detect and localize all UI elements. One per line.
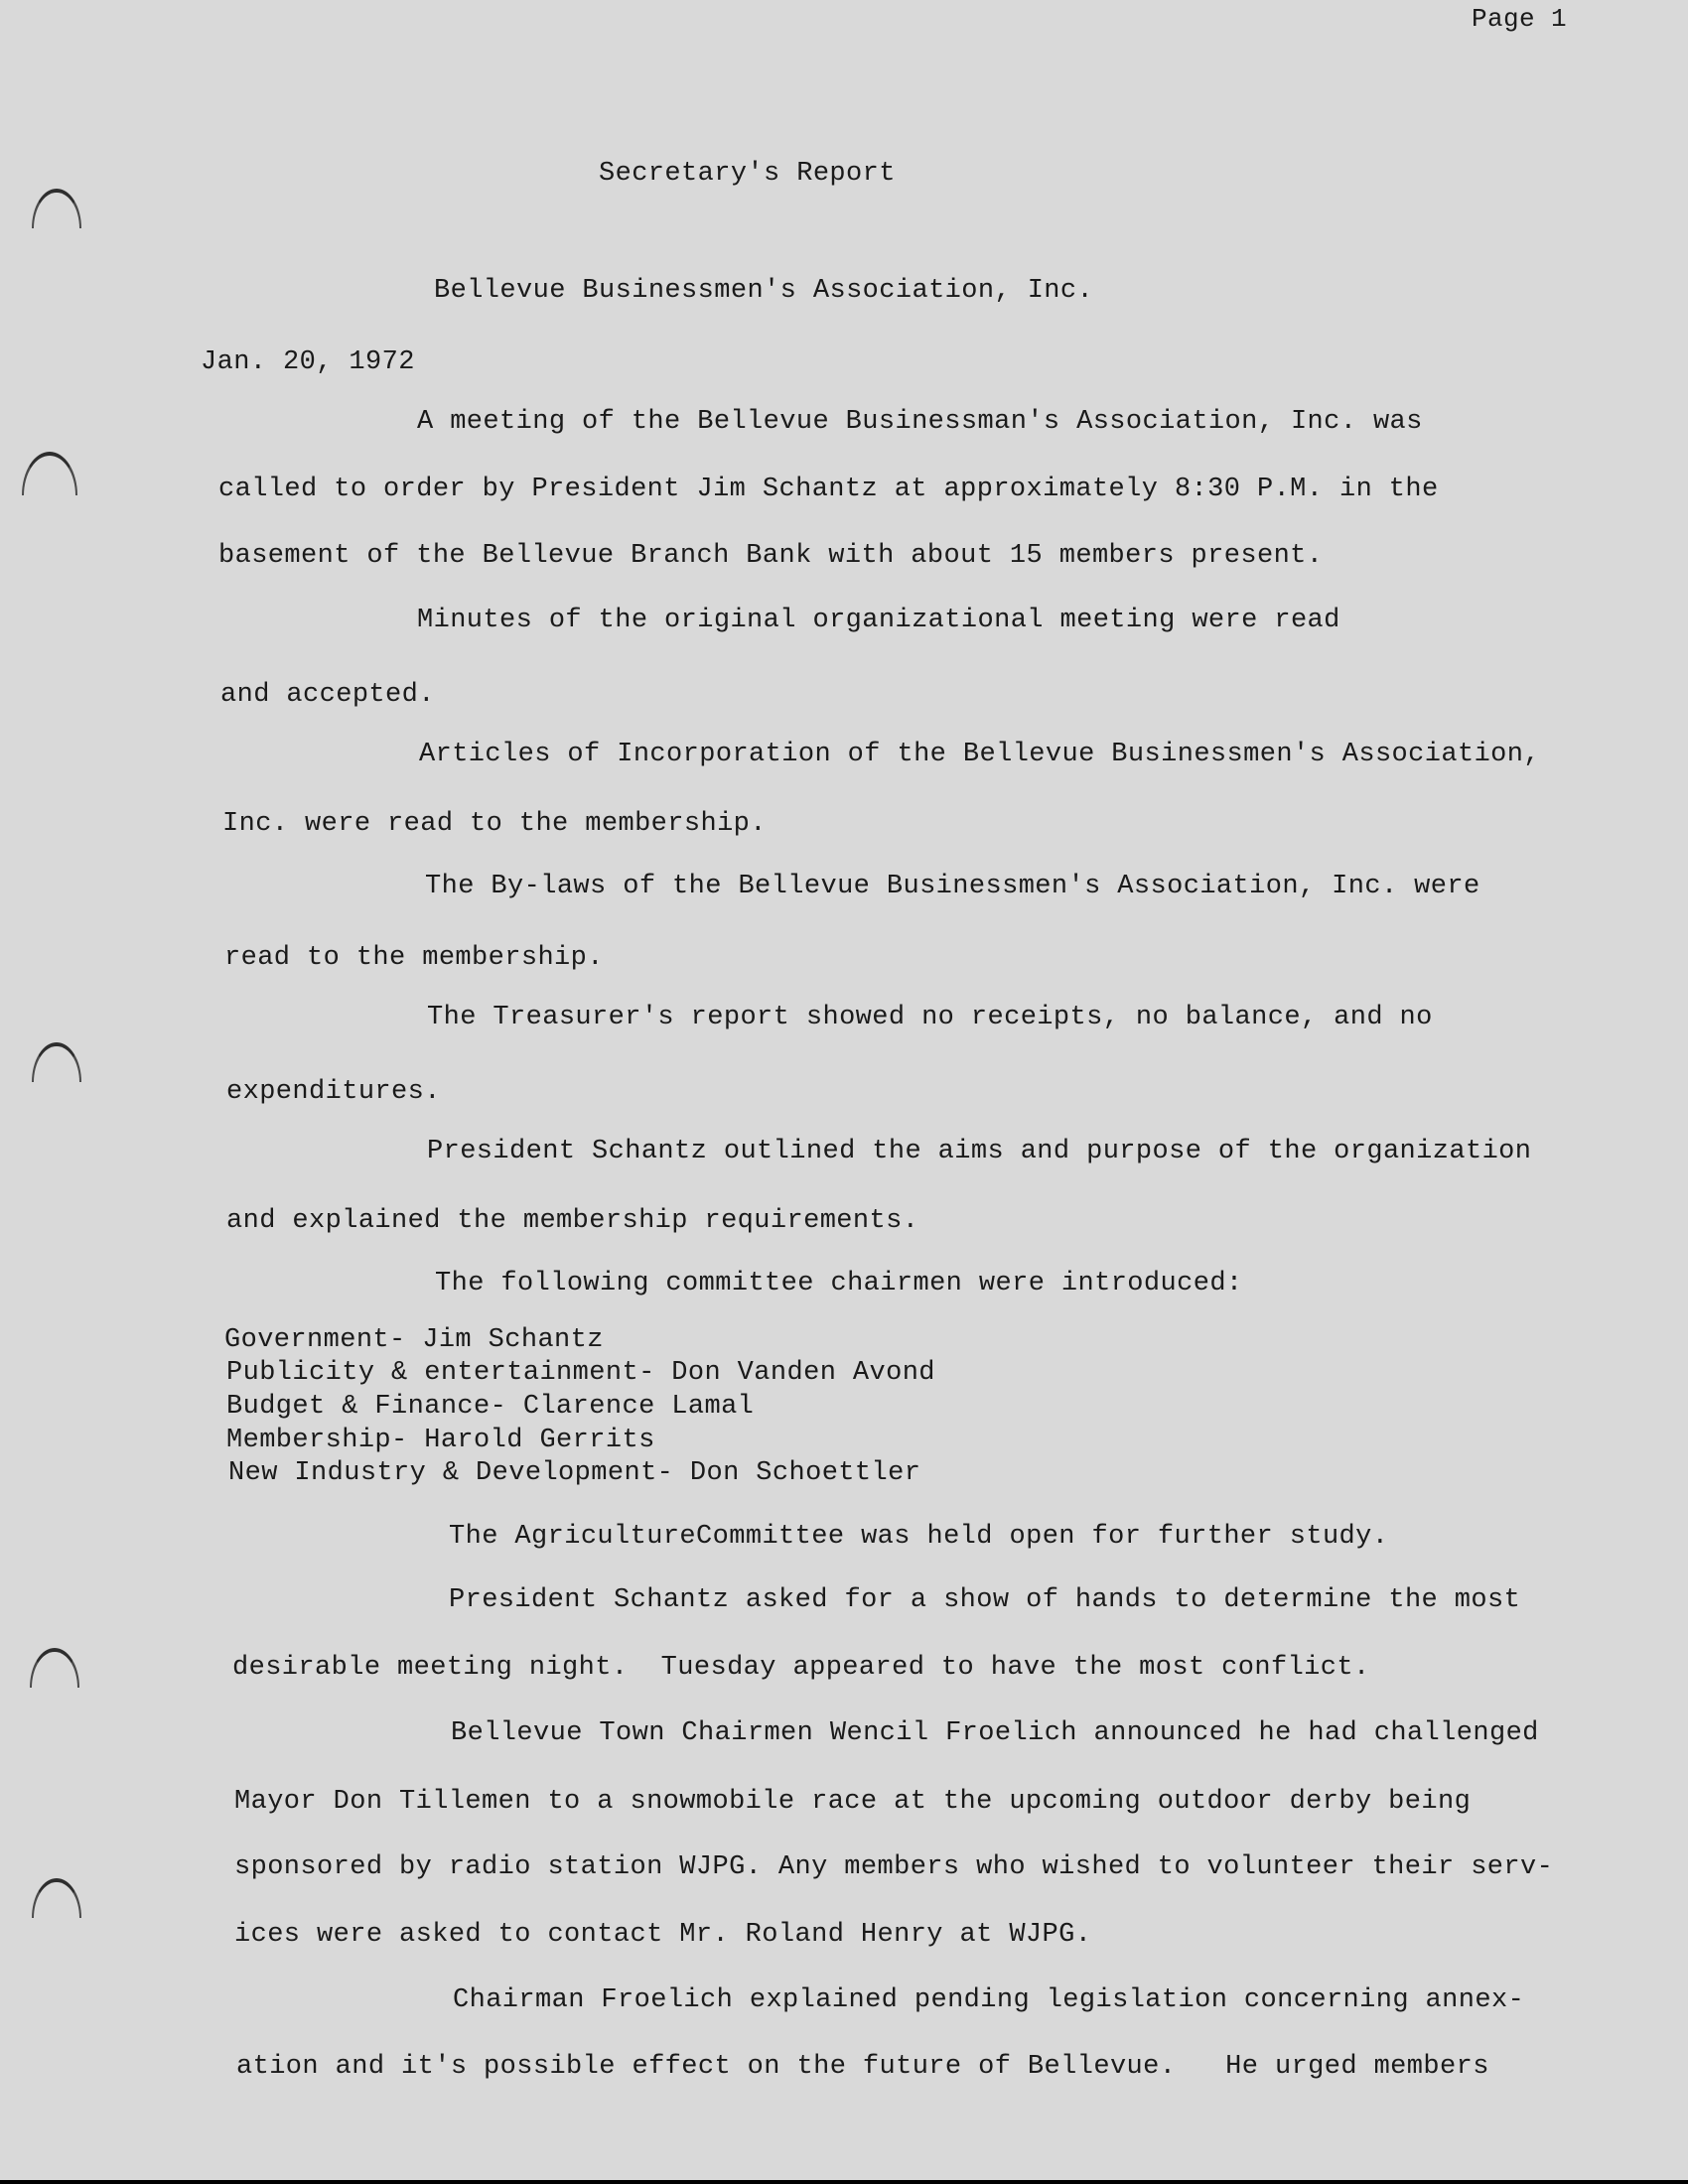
body-line: President Schantz asked for a show of ha… <box>449 1585 1520 1615</box>
body-line: Articles of Incorporation of the Bellevu… <box>419 740 1540 769</box>
committee-item: Budget & Finance- Clarence Lamal <box>226 1392 754 1422</box>
body-line: The AgricultureCommittee was held open f… <box>449 1522 1388 1552</box>
committee-item: New Industry & Development- Don Schoettl… <box>228 1458 920 1488</box>
body-line: Inc. were read to the membership. <box>222 809 767 839</box>
body-line: sponsored by radio station WJPG. Any mem… <box>234 1852 1553 1882</box>
body-line: expenditures. <box>226 1077 441 1107</box>
report-date: Jan. 20, 1972 <box>201 347 415 377</box>
body-line: Chairman Froelich explained pending legi… <box>453 1985 1524 2015</box>
body-line: The By-laws of the Bellevue Businessmen'… <box>425 872 1480 901</box>
report-title: Secretary's Report <box>599 159 896 189</box>
page-bottom-edge <box>0 2180 1688 2184</box>
body-line: read to the membership. <box>224 943 604 973</box>
page-number: Page 1 <box>1472 4 1567 34</box>
body-line: President Schantz outlined the aims and … <box>427 1137 1531 1166</box>
body-line: and explained the membership requirement… <box>226 1206 918 1236</box>
organization-name: Bellevue Businessmen's Association, Inc. <box>434 276 1093 306</box>
binder-hole-icon <box>32 1042 81 1082</box>
binder-hole-icon <box>32 189 81 228</box>
body-line: ices were asked to contact Mr. Roland He… <box>234 1920 1091 1950</box>
committee-item: Membership- Harold Gerrits <box>226 1426 655 1455</box>
body-line: basement of the Bellevue Branch Bank wit… <box>218 541 1323 571</box>
binder-hole-icon <box>32 1878 81 1918</box>
body-line: Minutes of the original organizational m… <box>417 606 1340 635</box>
body-line: ation and it's possible effect on the fu… <box>236 2052 1489 2082</box>
document-page: Page 1 Secretary's Report Bellevue Busin… <box>0 0 1688 2184</box>
body-line: desirable meeting night. Tuesday appeare… <box>232 1653 1370 1683</box>
committee-item: Publicity & entertainment- Don Vanden Av… <box>226 1358 935 1388</box>
binder-hole-icon <box>22 452 77 495</box>
body-line: and accepted. <box>220 680 435 710</box>
body-line: called to order by President Jim Schantz… <box>218 475 1439 504</box>
body-line: Bellevue Town Chairmen Wencil Froelich a… <box>451 1718 1539 1748</box>
committee-item: Government- Jim Schantz <box>224 1325 604 1355</box>
body-line: A meeting of the Bellevue Businessman's … <box>417 407 1423 437</box>
body-line: The following committee chairmen were in… <box>435 1269 1243 1298</box>
body-line: The Treasurer's report showed no receipt… <box>427 1003 1433 1032</box>
binder-hole-icon <box>30 1648 79 1688</box>
body-line: Mayor Don Tillemen to a snowmobile race … <box>234 1787 1471 1817</box>
